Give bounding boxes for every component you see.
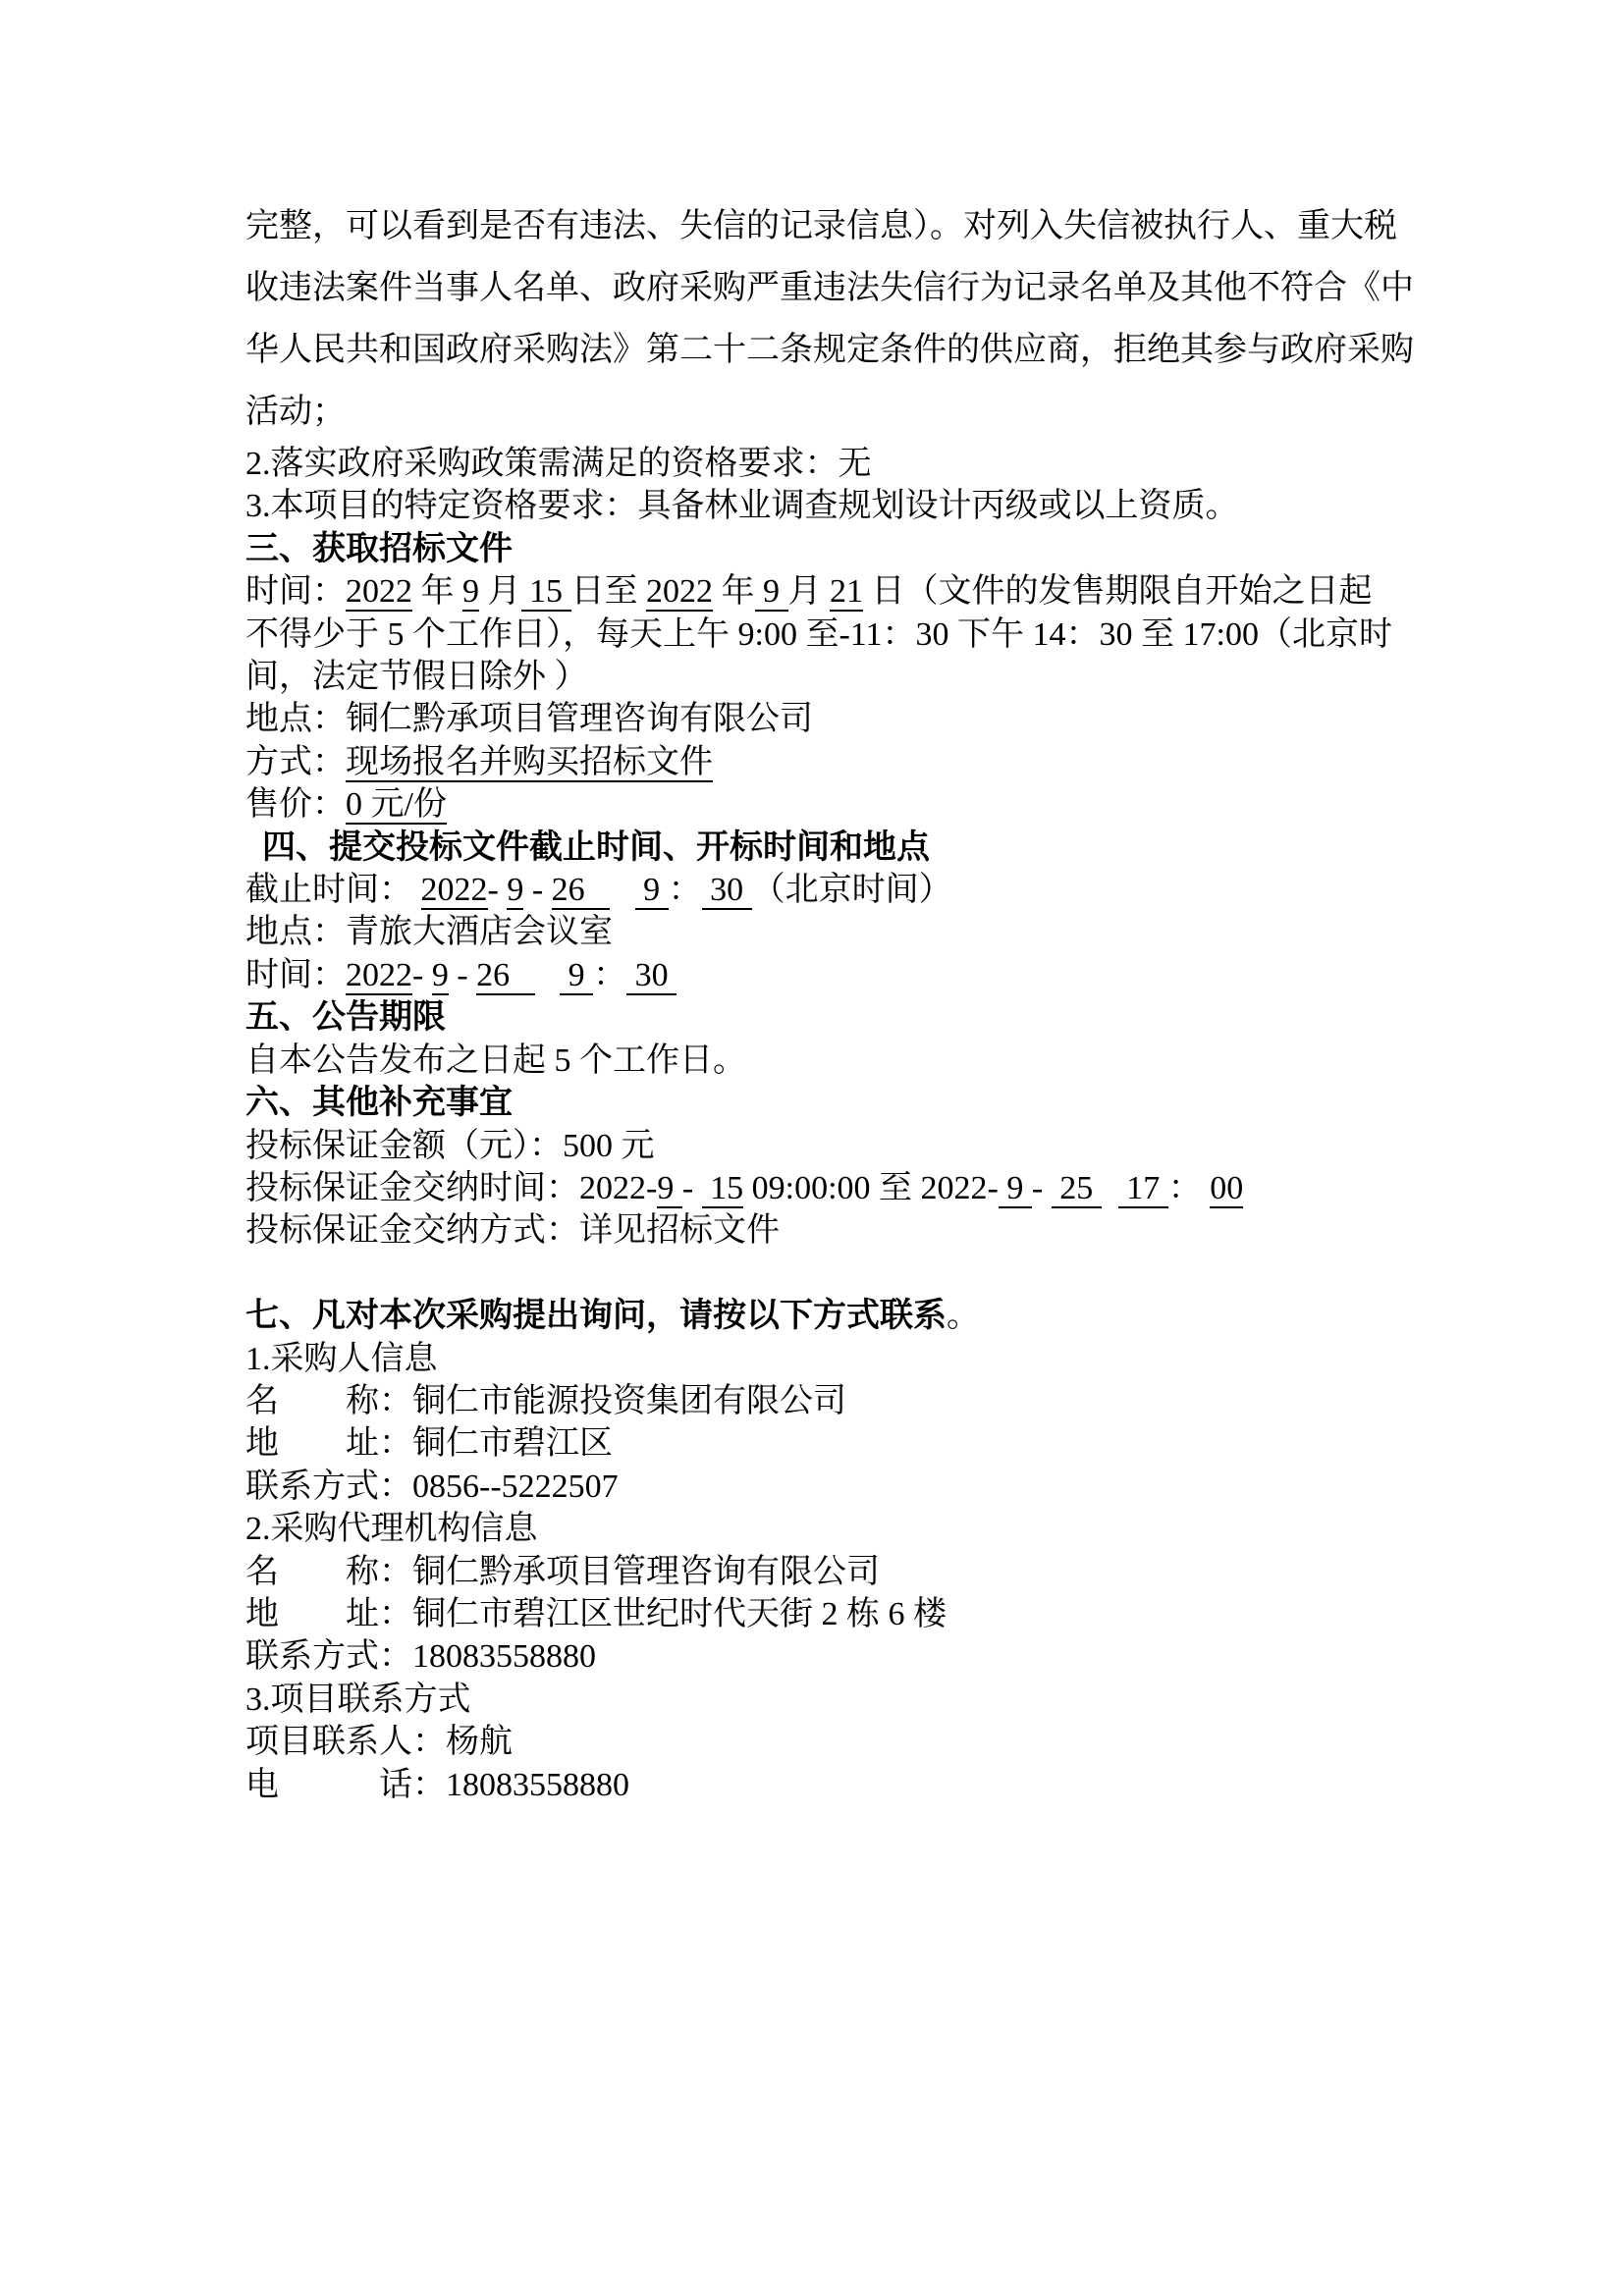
fill-in-underline: 9 [999, 1170, 1032, 1208]
text-segment: - [682, 1170, 702, 1206]
text-segment [1102, 1170, 1118, 1206]
purchaser-address-line: 地 址：铜仁市碧江区 [245, 1422, 1394, 1465]
text-segment: 。 [947, 1298, 980, 1334]
fill-in-underline: 15 [521, 573, 571, 612]
text-segment: （北京时间） [752, 872, 952, 908]
text-segment: 华人民共和国政府采购法》第二十二条规定条件的供应商，拒绝其参与政府采购 [245, 332, 1414, 368]
fill-in-underline: 2022 [421, 872, 488, 910]
section-3-heading: 三、获取招标文件 [245, 528, 1394, 570]
fill-in-underline: 9 [432, 957, 449, 995]
fill-in-underline: 2022 [646, 573, 713, 612]
text-segment: 活动； [245, 394, 346, 430]
issue-time-line-1: 时间：2022 年 9 月 15 日至 2022 年 9 月 21 日（文件的发… [245, 570, 1394, 613]
text-segment: 售价： [245, 786, 346, 823]
text-segment: 投标保证金交纳时间： [245, 1170, 579, 1206]
text-segment: 地点：青旅大酒店会议室 [245, 914, 613, 950]
text-segment: - [449, 957, 476, 993]
announcement-period-line: 自本公告发布之日起 5 个工作日。 [245, 1040, 1394, 1082]
text-segment: 七、凡对本次采购提出询问，请按以下方式联系 [245, 1298, 947, 1334]
fill-in-underline: 25 [1052, 1170, 1102, 1208]
text-segment: 月 [788, 573, 831, 610]
text-segment: 年 [713, 573, 755, 610]
text-segment: 不得少于 5 个工作日），每天上午 9:00 至-11：30 下午 14：30 … [245, 616, 1392, 653]
fill-in-underline: 0 元/份 [346, 786, 447, 825]
text-segment: 时间： [245, 573, 346, 610]
bid-bond-payment-time-line: 投标保证金交纳时间：2022-9 - 15 09:00:00 至 2022- 9… [245, 1167, 1394, 1209]
text-segment: 三、获取招标文件 [245, 531, 513, 567]
text-segment: 电 话：18083558880 [245, 1767, 629, 1803]
fill-in-underline: 17 [1118, 1170, 1168, 1208]
project-contact-person-line: 项目联系人：杨航 [245, 1721, 1394, 1763]
text-segment: 投标保证金额（元）：500 元 [245, 1128, 655, 1164]
bid-bond-amount-line: 投标保证金额（元）：500 元 [245, 1125, 1394, 1167]
fill-in-underline: 30 [626, 957, 677, 995]
bid-bond-payment-method-line: 投标保证金交纳方式：详见招标文件 [245, 1209, 1394, 1252]
bid-deadline-line: 截止时间： 2022- 9 - 26 9 ： 30 （北京时间） [245, 869, 1394, 911]
fill-in-underline: 00 [1210, 1170, 1243, 1208]
purchaser-name-line: 名 称：铜仁市能源投资集团有限公司 [245, 1380, 1394, 1422]
text-segment: ： [669, 872, 702, 908]
agency-address-line: 地 址：铜仁市碧江区世纪时代天街 2 栋 6 楼 [245, 1593, 1394, 1635]
blank-line [245, 1253, 1394, 1295]
issue-method-line: 方式：现场报名并购买招标文件 [245, 741, 1394, 783]
fill-in-underline: 9 [635, 872, 669, 910]
bid-opening-time-line: 时间：2022- 9 - 26 9 ： 30 [245, 954, 1394, 996]
text-segment: 四、提交投标文件截止时间、开标时间和地点 [245, 829, 930, 866]
bid-opening-location-line: 地点：青旅大酒店会议室 [245, 911, 1394, 953]
fill-in-underline: 26 [552, 872, 611, 910]
text-segment: ： [593, 957, 626, 993]
text-segment: - [523, 872, 551, 908]
text-segment: 日（文件的发售期限自开始之日起 [863, 573, 1373, 610]
purchaser-contact-line: 联系方式：0856--5222507 [245, 1466, 1394, 1508]
text-segment: ： [1168, 1170, 1211, 1206]
text-segment: 地点：铜仁黔承项目管理咨询有限公司 [245, 701, 813, 737]
fill-in-underline: 15 [702, 1170, 744, 1208]
text-segment: 地 址：铜仁市碧江区 [245, 1425, 613, 1462]
text-segment: 2022- [579, 1170, 657, 1206]
fill-in-underline: 9 [560, 957, 593, 995]
text-segment: 月 [479, 573, 521, 610]
qualification-specific-line: 3.本项目的特定资格要求：具备林业调查规划设计丙级或以上资质。 [245, 485, 1394, 527]
issue-time-line-3: 间，法定节假日除外 ） [245, 656, 1394, 698]
text-segment: 间，法定节假日除外 ） [245, 659, 588, 695]
text-segment: 联系方式：18083558880 [245, 1638, 596, 1675]
fill-in-underline: 30 [702, 872, 752, 910]
fill-in-underline: 2022 [346, 573, 412, 612]
fill-in-underline: 9 [755, 573, 788, 612]
intro-line-4: 活动； [245, 381, 1394, 443]
section-4-heading: 四、提交投标文件截止时间、开标时间和地点 [245, 827, 1394, 869]
text-segment: 日至 [571, 573, 647, 610]
fill-in-underline: 现场报名并购买招标文件 [346, 744, 713, 782]
text-segment: 3.项目联系方式 [245, 1682, 471, 1718]
text-segment: 年 [412, 573, 462, 610]
fill-in-underline: 26 [476, 957, 535, 995]
section-5-heading: 五、公告期限 [245, 996, 1394, 1039]
document-body: 完整，可以看到是否有违法、失信的记录信息）。对列入失信被执行人、重大税 收违法案… [245, 195, 1394, 1806]
purchaser-info-title-line: 1.采购人信息 [245, 1338, 1394, 1380]
intro-line-1: 完整，可以看到是否有违法、失信的记录信息）。对列入失信被执行人、重大税 [245, 195, 1394, 257]
text-segment: 六、其他补充事宜 [245, 1085, 513, 1121]
text-segment: 完整，可以看到是否有违法、失信的记录信息）。对列入失信被执行人、重大税 [245, 208, 1397, 244]
agency-info-title-line: 2.采购代理机构信息 [245, 1508, 1394, 1550]
section-6-heading: 六、其他补充事宜 [245, 1082, 1394, 1124]
text-segment: 09:00:00 至 2022- [743, 1170, 999, 1206]
text-segment: 五、公告期限 [245, 999, 446, 1036]
issue-location-line: 地点：铜仁黔承项目管理咨询有限公司 [245, 698, 1394, 740]
fill-in-underline: 2022 [346, 957, 412, 995]
text-segment: 截止时间： [245, 872, 421, 908]
text-segment: 收违法案件当事人名单、政府采购严重违法失信行为记录名单及其他不符合《中 [245, 270, 1414, 306]
fill-in-underline: 21 [830, 573, 863, 612]
intro-line-2: 收违法案件当事人名单、政府采购严重违法失信行为记录名单及其他不符合《中 [245, 257, 1394, 319]
text-segment: 投标保证金交纳方式：详见招标文件 [245, 1212, 780, 1249]
issue-time-line-2: 不得少于 5 个工作日），每天上午 9:00 至-11：30 下午 14：30 … [245, 614, 1394, 656]
text-segment: 名 称：铜仁市能源投资集团有限公司 [245, 1383, 846, 1419]
fill-in-underline: 9 [507, 872, 523, 910]
text-segment: 名 称：铜仁黔承项目管理咨询有限公司 [245, 1554, 880, 1590]
section-7-heading: 七、凡对本次采购提出询问，请按以下方式联系。 [245, 1295, 1394, 1337]
text-segment: 方式： [245, 744, 346, 780]
text-segment [535, 957, 561, 993]
text-segment: - [412, 957, 432, 993]
project-contact-title-line: 3.项目联系方式 [245, 1679, 1394, 1721]
text-segment: 时间： [245, 957, 346, 993]
qualification-policy-line: 2.落实政府采购政策需满足的资格要求：无 [245, 443, 1394, 485]
agency-contact-line: 联系方式：18083558880 [245, 1635, 1394, 1678]
text-segment: 2.采购代理机构信息 [245, 1511, 538, 1547]
text-segment: 1.采购人信息 [245, 1341, 438, 1377]
issue-price-line: 售价：0 元/份 [245, 783, 1394, 826]
text-segment: 2.落实政府采购政策需满足的资格要求：无 [245, 446, 872, 482]
fill-in-underline: 9 [657, 1170, 682, 1208]
text-segment: - [488, 872, 508, 908]
text-segment: 自本公告发布之日起 5 个工作日。 [245, 1042, 746, 1079]
fill-in-underline: 9 [462, 573, 479, 612]
text-segment: 3.本项目的特定资格要求：具备林业调查规划设计丙级或以上资质。 [245, 488, 1239, 524]
text-segment: 地 址：铜仁市碧江区世纪时代天街 2 栋 6 楼 [245, 1596, 947, 1632]
project-phone-line: 电 话：18083558880 [245, 1764, 1394, 1806]
document-page: 完整，可以看到是否有违法、失信的记录信息）。对列入失信被执行人、重大税 收违法案… [0, 0, 1624, 2296]
text-segment: - [1032, 1170, 1052, 1206]
text-segment: 项目联系人：杨航 [245, 1724, 513, 1760]
text-segment [610, 872, 635, 908]
agency-name-line: 名 称：铜仁黔承项目管理咨询有限公司 [245, 1551, 1394, 1593]
text-segment: 联系方式：0856--5222507 [245, 1468, 619, 1505]
intro-line-3: 华人民共和国政府采购法》第二十二条规定条件的供应商，拒绝其参与政府采购 [245, 319, 1394, 381]
